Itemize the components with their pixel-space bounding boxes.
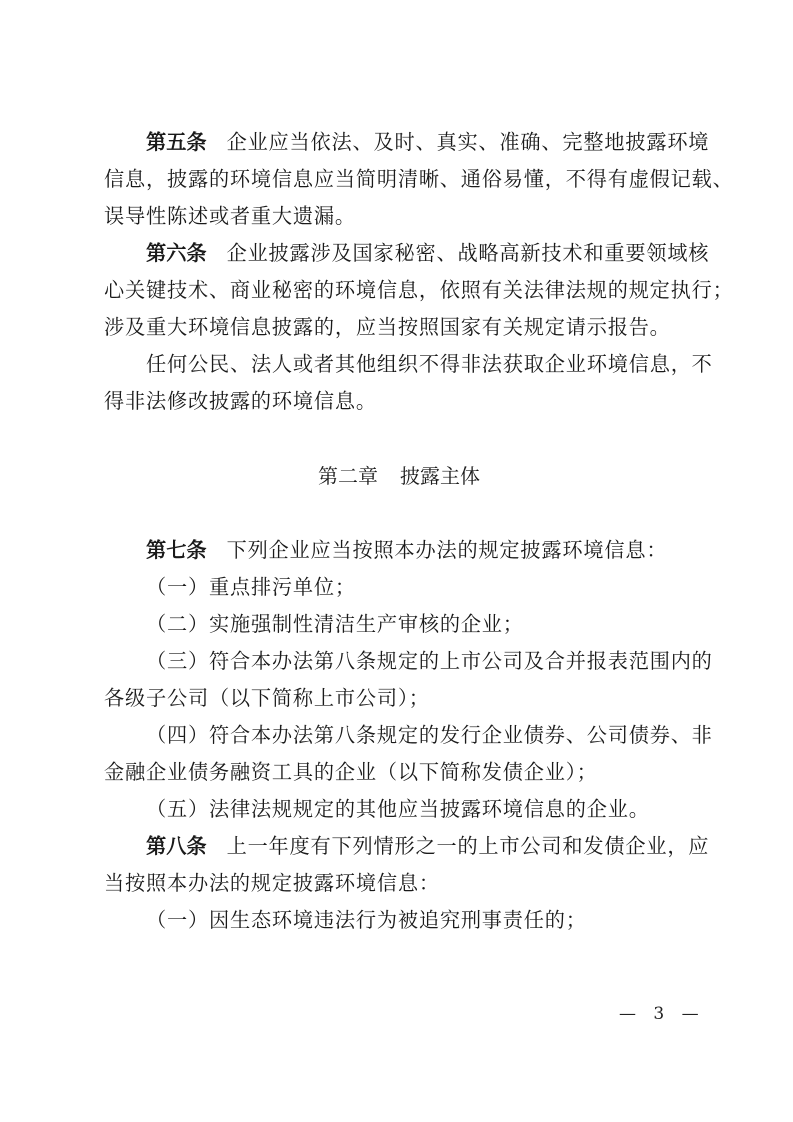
article-7-label: 第七条 — [146, 538, 207, 562]
article-7-item-4-line-2: 金融企业债务融资工具的企业（以下简称发债企业）； — [104, 754, 694, 791]
article-6-line-2: 心关键技术、商业秘密的环境信息，依照有关法律法规的规定执行； — [104, 272, 694, 309]
article-8-line-2: 当按照本办法的规定披露环境信息： — [104, 865, 694, 902]
chapter-number: 第二章 — [318, 464, 378, 488]
article-5-line-3: 误导性陈述或者重大遗漏。 — [104, 198, 694, 235]
article-7-intro: 下列企业应当按照本办法的规定披露环境信息： — [227, 538, 668, 562]
article-5-line-2: 信息，披露的环境信息应当简明清晰、通俗易懂，不得有虚假记载、 — [104, 161, 694, 198]
article-7-item-4-line-1: （四）符合本办法第八条规定的发行企业债券、公司债券、非 — [104, 717, 694, 754]
article-7-item-5: （五）法律法规规定的其他应当披露环境信息的企业。 — [104, 791, 694, 828]
article-8-text: 上一年度有下列情形之一的上市公司和发债企业，应 — [227, 834, 710, 858]
article-5-label: 第五条 — [146, 130, 207, 154]
chapter-heading: 第二章披露主体 — [104, 458, 694, 495]
article-6-label: 第六条 — [146, 241, 207, 265]
article-7-item-3-line-2: 各级子公司（以下简称上市公司）； — [104, 680, 694, 717]
article-5-text: 企业应当依法、及时、真实、准确、完整地披露环境 — [227, 130, 710, 154]
article-7-item-1: （一）重点排污单位； — [104, 569, 694, 606]
spacer — [104, 495, 694, 532]
chapter-title: 披露主体 — [400, 464, 480, 488]
article-6-line-3: 涉及重大环境信息披露的，应当按照国家有关规定请示报告。 — [104, 309, 694, 346]
page-number: — 3 — — [619, 1004, 705, 1024]
article-8-item-1: （一）因生态环境违法行为被追究刑事责任的； — [104, 902, 694, 939]
article-5-line-1: 第五条企业应当依法、及时、真实、准确、完整地披露环境 — [104, 124, 694, 161]
article-7-item-2: （二）实施强制性清洁生产审核的企业； — [104, 606, 694, 643]
article-6-para2-line-2: 得非法修改披露的环境信息。 — [104, 383, 694, 420]
article-7-line-1: 第七条下列企业应当按照本办法的规定披露环境信息： — [104, 532, 694, 569]
article-6-text: 企业披露涉及国家秘密、战略高新技术和重要领域核 — [227, 241, 710, 265]
spacer — [104, 420, 694, 458]
document-page: 第五条企业应当依法、及时、真实、准确、完整地披露环境 信息，披露的环境信息应当简… — [104, 124, 694, 939]
article-8-label: 第八条 — [146, 834, 207, 858]
article-7-item-3-line-1: （三）符合本办法第八条规定的上市公司及合并报表范围内的 — [104, 643, 694, 680]
article-6-para2-line-1: 任何公民、法人或者其他组织不得非法获取企业环境信息，不 — [104, 346, 694, 383]
article-6-line-1: 第六条企业披露涉及国家秘密、战略高新技术和重要领域核 — [104, 235, 694, 272]
article-8-line-1: 第八条上一年度有下列情形之一的上市公司和发债企业，应 — [104, 828, 694, 865]
